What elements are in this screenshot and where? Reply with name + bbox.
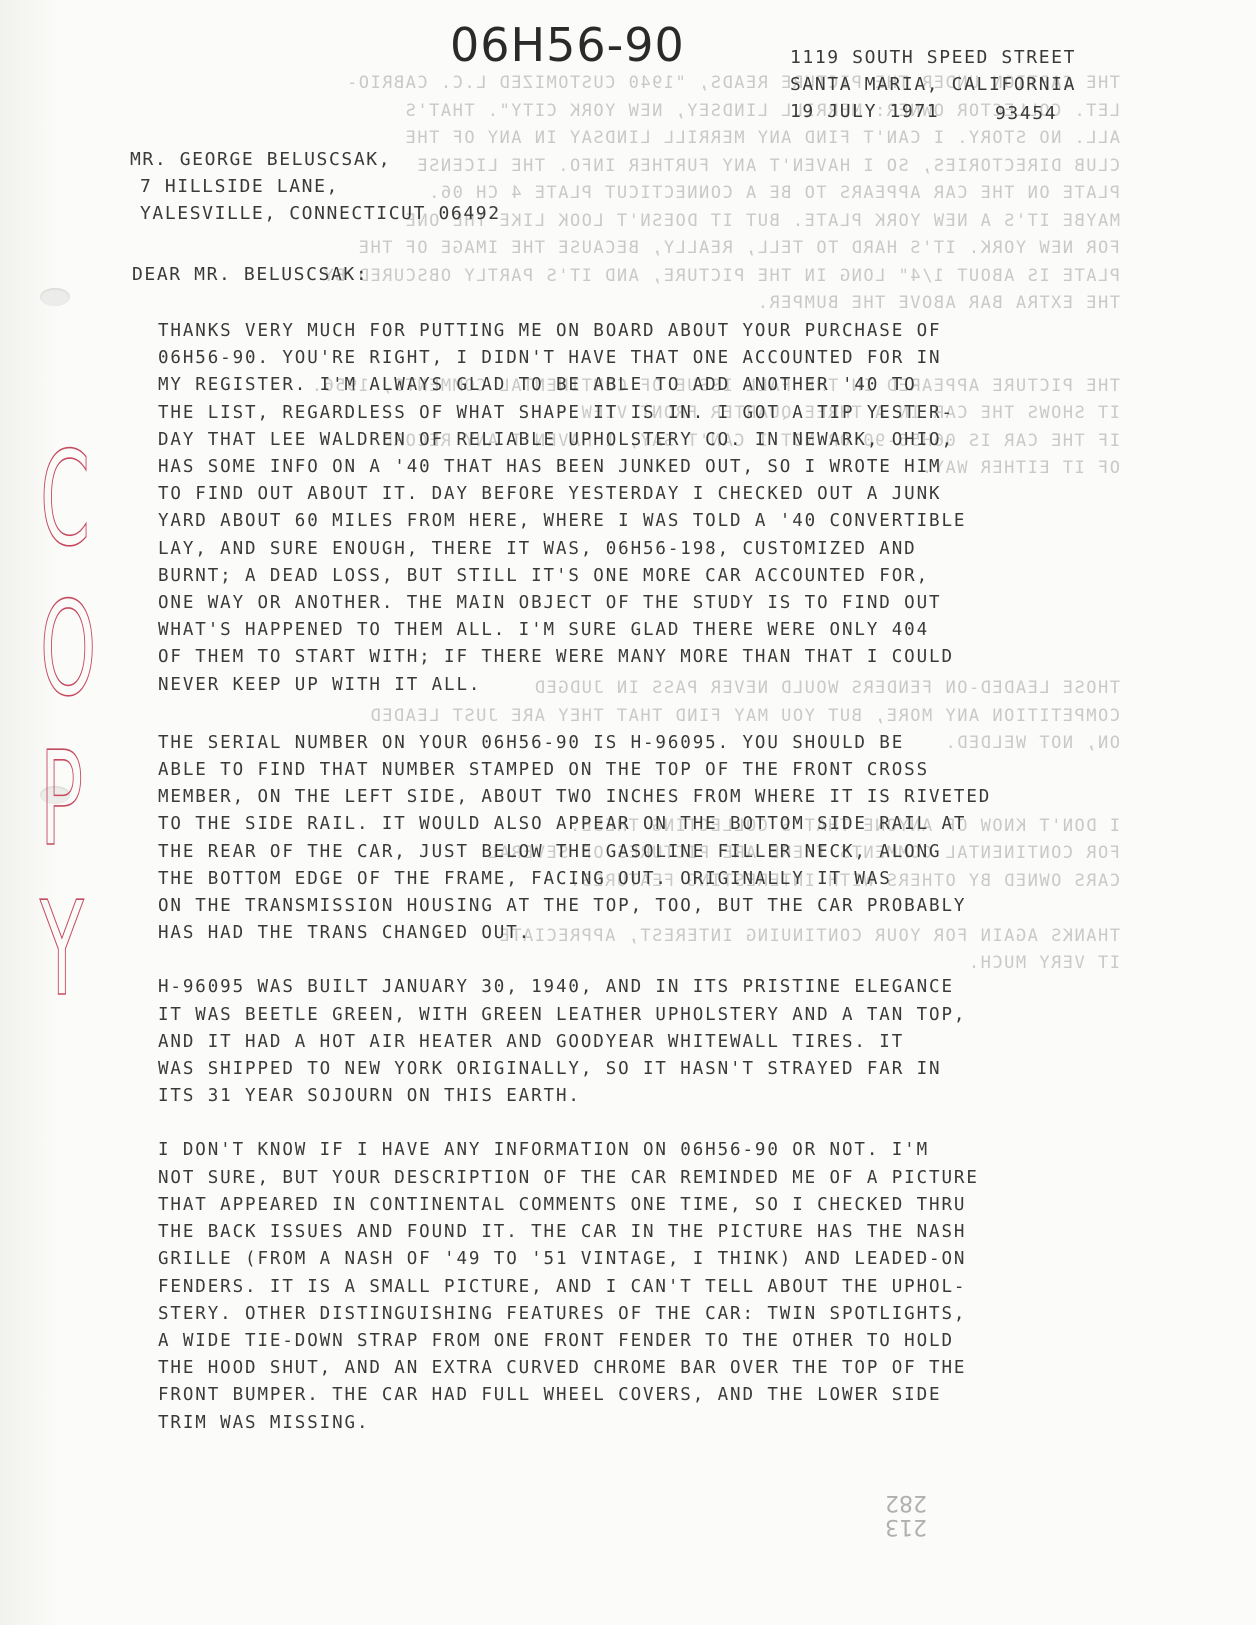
stamp-letter: P — [40, 745, 71, 853]
letter-body: Thanks very much for putting me on board… — [158, 318, 1118, 1464]
handwritten-reference-number: 06H56-90 — [450, 18, 685, 72]
recipient-address: Mr. George Beluscsak, 7 Hillside Lane, Y… — [130, 146, 501, 227]
paragraph: Thanks very much for putting me on board… — [158, 318, 1118, 699]
letter-page: The caption under the picture reads, "19… — [0, 0, 1256, 1625]
recipient-street: 7 Hillside Lane, — [140, 173, 501, 200]
sender-city: Santa Maria, California — [790, 71, 1076, 98]
paragraph: I don't know if I have any information o… — [158, 1137, 1118, 1436]
stamp-letter: C — [40, 445, 71, 553]
copy-stamp: C O P Y — [40, 445, 96, 1003]
stamp-letter: Y — [40, 895, 71, 1003]
recipient-name: Mr. George Beluscsak, — [130, 146, 501, 173]
paragraph: The serial number on your 06H56-90 is H-… — [158, 730, 1118, 948]
sender-street: 1119 South Speed Street — [790, 44, 1076, 71]
stamp-letter: O — [40, 595, 71, 703]
recipient-city: Yalesville, Connecticut 06492 — [140, 200, 501, 227]
sender-address: 1119 South Speed Street Santa Maria, Cal… — [790, 44, 1076, 125]
sender-zip: 93454 — [995, 100, 1057, 127]
punch-hole — [40, 288, 70, 306]
paragraph: H-96095 was built January 30, 1940, and … — [158, 974, 1118, 1110]
pencil-page-note: 213 282 — [885, 1490, 927, 1538]
salutation: Dear Mr. Beluscsak: — [132, 264, 368, 285]
